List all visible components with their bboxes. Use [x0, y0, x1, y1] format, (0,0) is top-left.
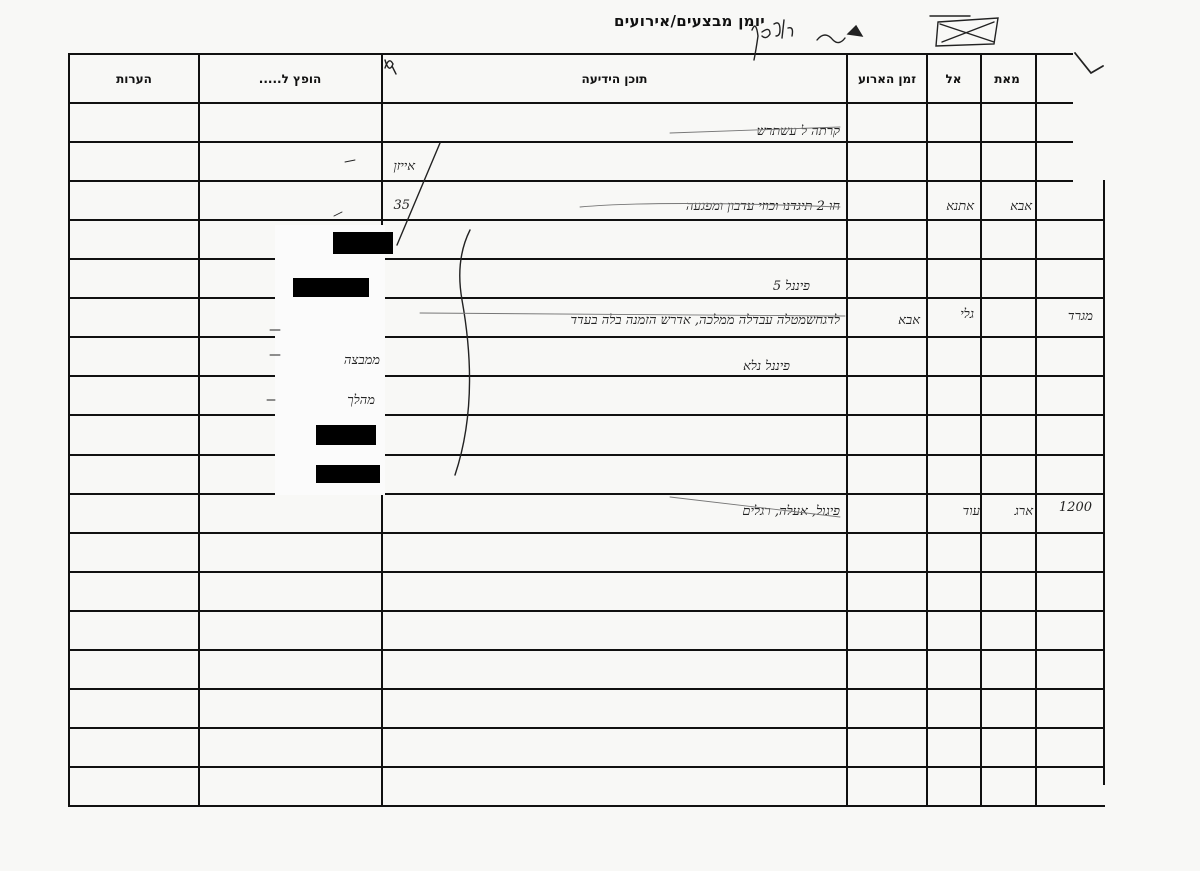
table-right-border: [1103, 180, 1105, 785]
column-divider: [198, 53, 200, 805]
handwritten-to: ארג: [983, 503, 1033, 519]
redaction-box: [316, 425, 376, 445]
row-divider: [68, 141, 1073, 143]
row-divider: [68, 258, 1105, 260]
page-title: יומן מבצעים/אירועים: [575, 12, 765, 30]
row-divider: [68, 336, 1105, 338]
handwritten-content: קרתה ל עשתרש: [640, 123, 840, 139]
table-left-border: [68, 53, 70, 805]
row-divider: [68, 414, 1105, 416]
handwritten-distributed: מהלך: [300, 392, 375, 408]
redaction-box: [293, 278, 369, 297]
row-divider: [68, 219, 1105, 221]
row-divider: [68, 727, 1105, 729]
row-divider: [68, 649, 1105, 651]
handwritten-content: פיננל נלא: [680, 358, 790, 374]
col-header-from: מאת: [982, 72, 1032, 86]
row-divider: [68, 805, 1105, 807]
handwritten-event-time: אבא: [850, 312, 920, 328]
row-divider: [68, 454, 1105, 456]
row-divider: [68, 102, 1073, 104]
col-header-to: אל: [927, 72, 980, 86]
handwritten-to: גלי: [928, 306, 974, 322]
handwritten-content: לדגחשמטלה עבדלה ממלכה, אדרש הזמנה בלה בע…: [290, 312, 840, 328]
row-divider: [68, 493, 1105, 495]
handwritten-from: מגרד: [1038, 308, 1093, 324]
scanned-form-page: יומן מבצעים/אירועים הערות הופץ ל..... תו…: [0, 0, 1200, 871]
handwritten-from: 1200: [1042, 500, 1092, 515]
handwritten-distributed: ממבצה: [300, 352, 380, 368]
col-header-distributed-to: הופץ ל.....: [200, 72, 380, 86]
row-divider: [68, 766, 1105, 768]
row-divider: [68, 610, 1105, 612]
handwritten-content: פיגול, אעלה, רגלים: [600, 503, 840, 519]
handwritten-content: פיננל 5: [720, 278, 810, 294]
row-divider: [68, 688, 1105, 690]
column-divider: [846, 53, 848, 805]
col-header-event-time: זמן הארוע: [847, 72, 927, 86]
column-divider: [980, 53, 982, 805]
handwritten-from: אבא: [982, 198, 1032, 214]
column-divider: [926, 53, 928, 805]
row-divider: [68, 53, 1073, 55]
row-divider: [68, 297, 1105, 299]
handwritten-event-time: עוד: [930, 503, 980, 519]
row-divider: [68, 532, 1105, 534]
handwritten-distributed: 35: [380, 198, 410, 213]
col-header-content: תוכן הידיעה: [382, 72, 847, 86]
column-divider: [1035, 53, 1037, 805]
redaction-box: [316, 465, 380, 483]
pen-annotations: [0, 0, 1200, 871]
handwritten-to: אתנא: [928, 198, 974, 214]
redaction-box: [333, 232, 393, 254]
col-header-notes: הערות: [70, 72, 198, 86]
handwritten-distributed: אייזן: [355, 158, 415, 174]
row-divider: [68, 375, 1105, 377]
row-divider: [68, 180, 1073, 182]
handwritten-content: חו 2 תיגדנו וכוזי עדבון ומפגעה: [470, 198, 840, 214]
row-divider: [68, 571, 1105, 573]
